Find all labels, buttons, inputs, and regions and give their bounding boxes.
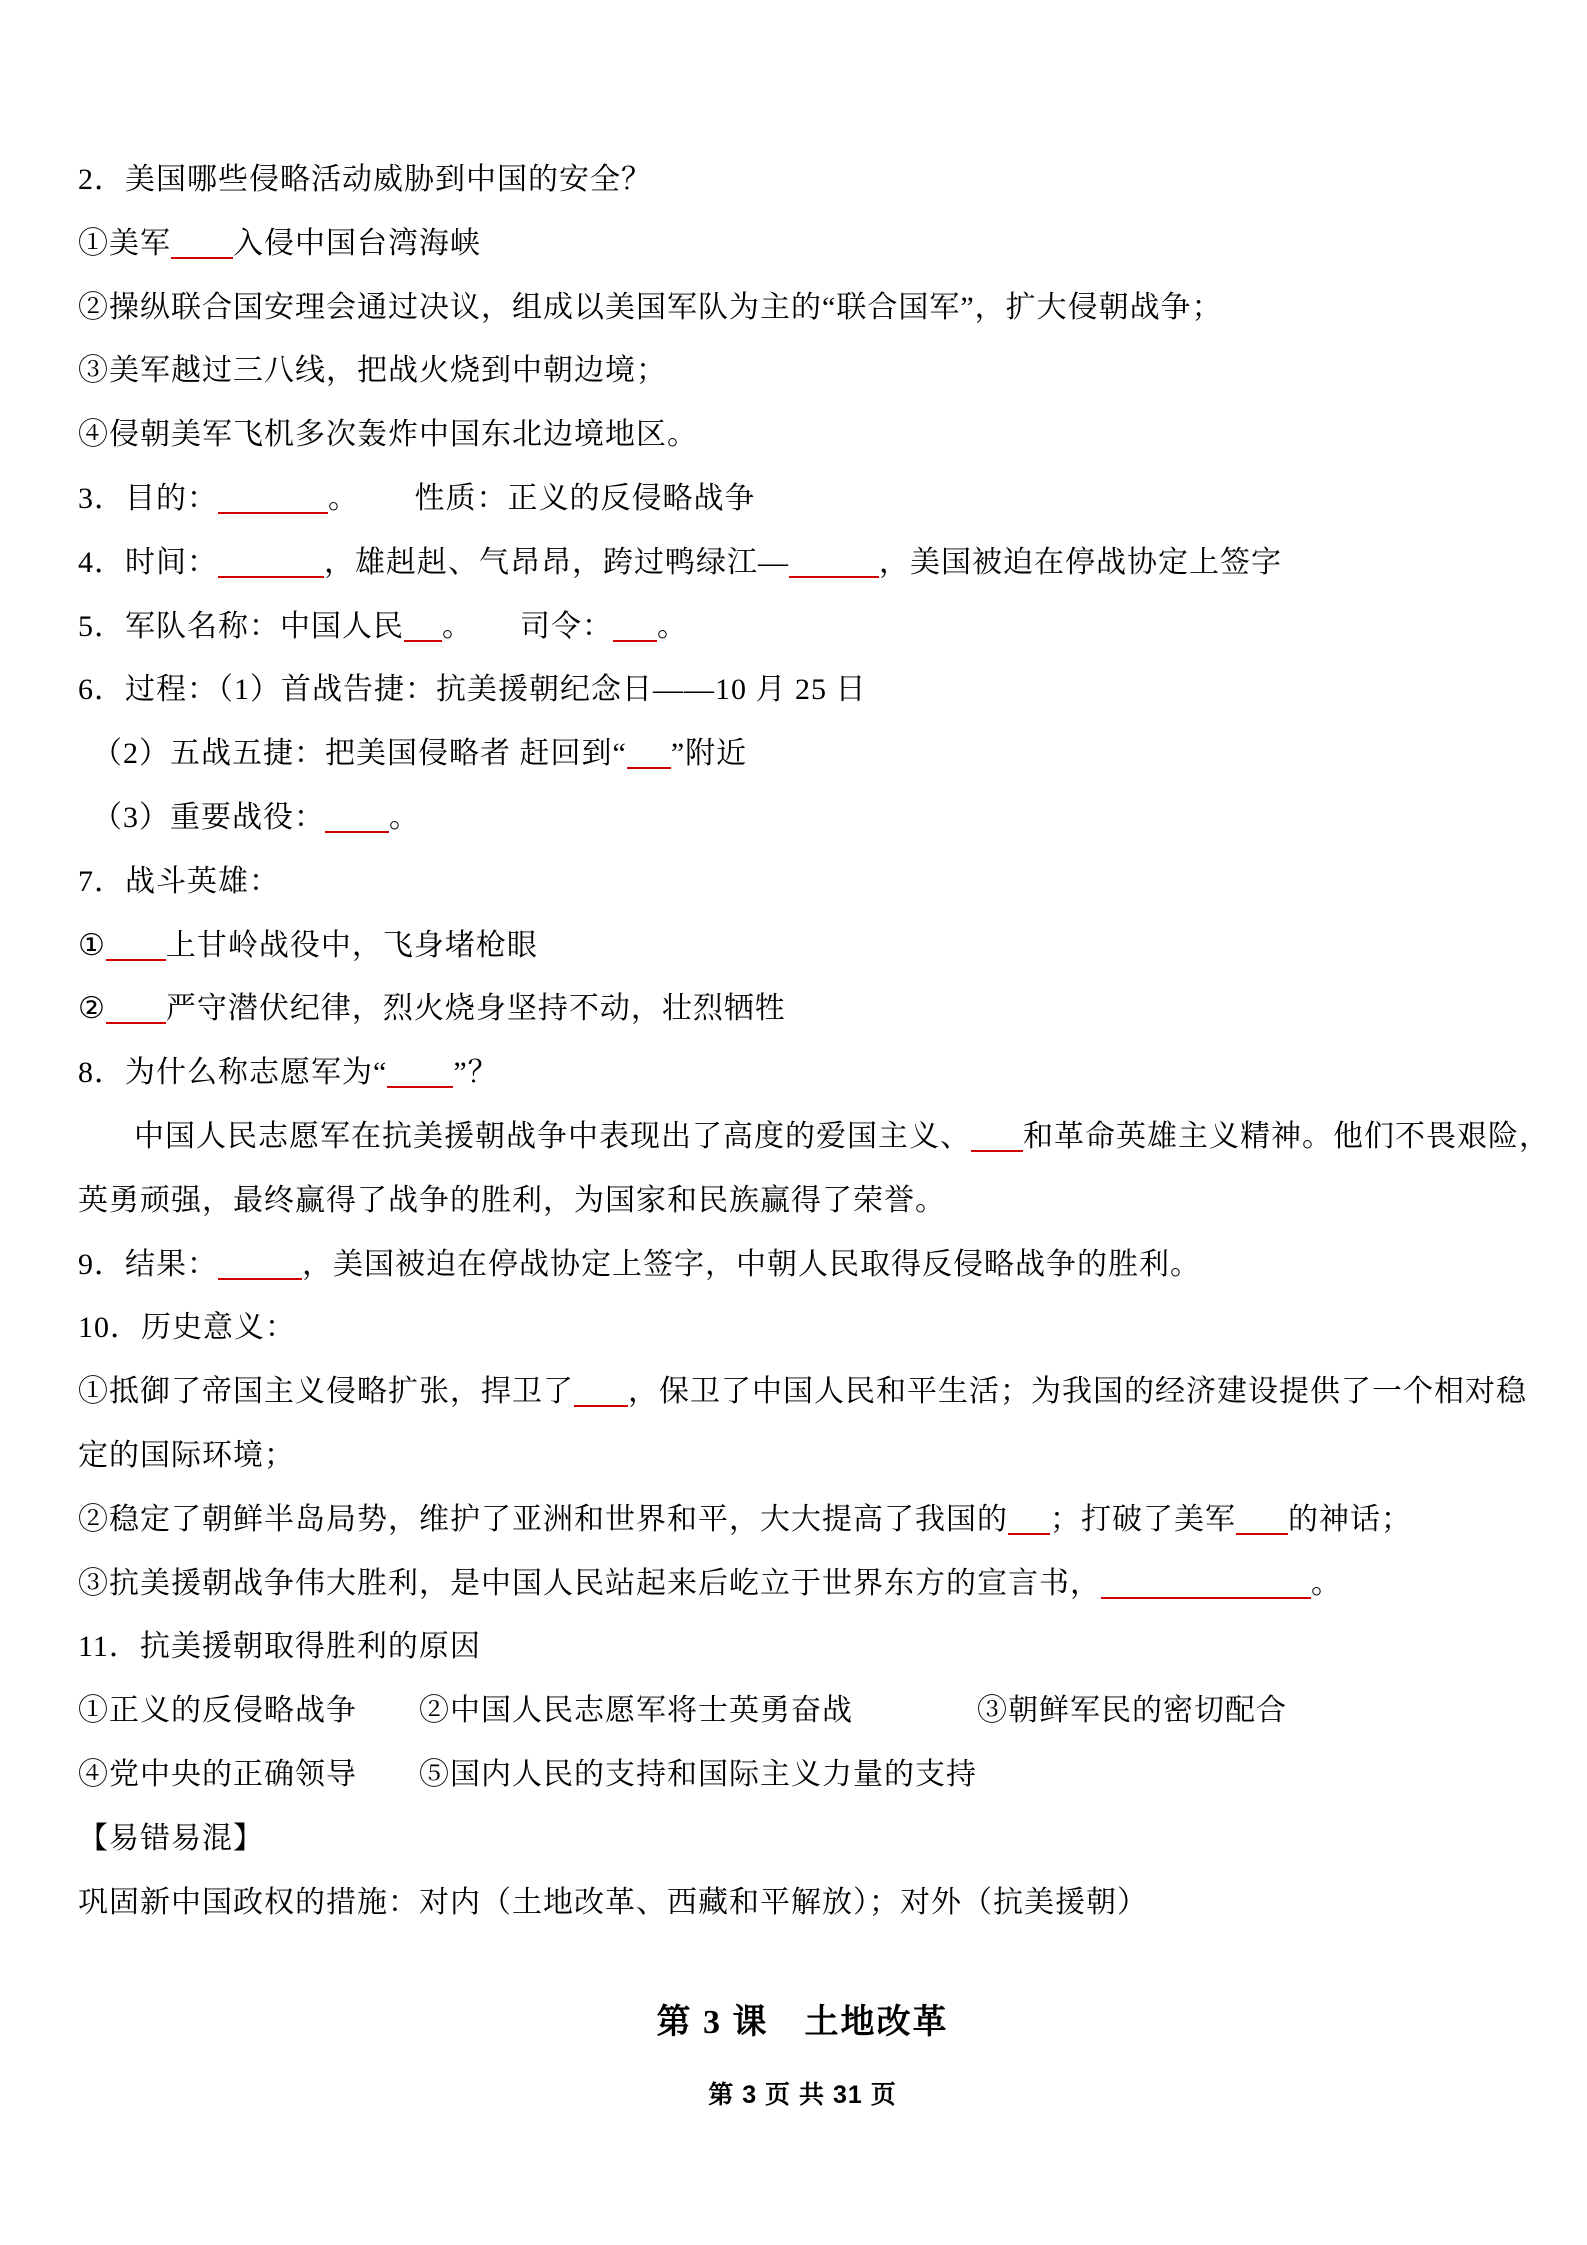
text-segment: 。 <box>389 801 420 834</box>
q2-item-1: ①美军入侵中国台湾海峡 <box>78 212 1527 276</box>
q4-time: 4．时间：，雄赳赳、气昂昂，跨过鸭绿江—，美国被迫在停战协定上签字 <box>78 531 1527 595</box>
answer-blank <box>218 573 324 578</box>
text-segment: ，雄赳赳、气昂昂，跨过鸭绿江— <box>324 546 789 579</box>
text-segment: ，美国被迫在停战协定上签字 <box>879 546 1282 579</box>
answer-blank <box>106 1019 166 1024</box>
text-segment: ②操纵联合国安理会通过决议，组成以美国军队为主的“联合国军”，扩大侵朝战争； <box>78 291 1223 324</box>
text-segment: 2．美国哪些侵略活动威胁到中国的安全？ <box>78 163 652 196</box>
q11-reasons-row-2: ④党中央的正确领导 ⑤国内人民的支持和国际主义力量的支持 <box>78 1743 1527 1807</box>
text-segment: 7．战斗英雄： <box>78 865 280 898</box>
answer-blank <box>1236 1530 1288 1535</box>
document-body: 2．美国哪些侵略活动威胁到中国的安全？①美军入侵中国台湾海峡②操纵联合国安理会通… <box>78 148 1527 2120</box>
answer-blank <box>574 1402 628 1407</box>
lines-container: 2．美国哪些侵略活动威胁到中国的安全？①美军入侵中国台湾海峡②操纵联合国安理会通… <box>78 148 1527 1934</box>
q9-result: 9．结果：，美国被迫在停战协定上签字，中朝人民取得反侵略战争的胜利。 <box>78 1233 1527 1297</box>
answer-blank <box>1101 1594 1311 1599</box>
answer-blank <box>106 956 166 961</box>
text-segment: 。 <box>657 610 688 643</box>
q5-army-name: 5．军队名称：中国人民。 司令：。 <box>78 595 1527 659</box>
q2-question: 2．美国哪些侵略活动威胁到中国的安全？ <box>78 148 1527 212</box>
q10-significance: 10．历史意义： <box>78 1296 1527 1360</box>
text-segment: 严守潜伏纪律，烈火烧身坚持不动，壮烈牺牲 <box>166 992 786 1025</box>
text-segment: 11．抗美援朝取得胜利的原因 <box>78 1630 481 1663</box>
answer-blank <box>613 637 657 642</box>
q8-answer-line-2: 英勇顽强，最终赢得了战争的胜利，为国家和民族赢得了荣誉。 <box>78 1169 1527 1233</box>
text-segment: 定的国际环境； <box>78 1439 295 1472</box>
text-segment: 4．时间： <box>78 546 218 579</box>
text-segment: ④党中央的正确领导 ⑤国内人民的支持和国际主义力量的支持 <box>78 1758 977 1791</box>
text-segment: 入侵中国台湾海峡 <box>233 227 481 260</box>
answer-blank <box>171 254 233 259</box>
text-segment: ，保卫了中国人民和平生活；为我国的经济建设提供了一个相对稳 <box>628 1375 1527 1408</box>
q8-question: 8．为什么称志愿军为“”？ <box>78 1041 1527 1105</box>
text-segment: 中国人民志愿军在抗美援朝战争中表现出了高度的爱国主义、 <box>134 1120 971 1153</box>
q7-hero-2: ②严守潜伏纪律，烈火烧身坚持不动，壮烈牺牲 <box>78 977 1527 1041</box>
text-segment: 【易错易混】 <box>78 1822 264 1855</box>
text-segment: 6．过程：（1）首战告捷：抗美援朝纪念日——10 月 25 日 <box>78 673 867 706</box>
q6-process-1: 6．过程：（1）首战告捷：抗美援朝纪念日——10 月 25 日 <box>78 658 1527 722</box>
text-segment: ，美国被迫在停战协定上签字，中朝人民取得反侵略战争的胜利。 <box>302 1248 1201 1281</box>
answer-blank <box>971 1147 1023 1152</box>
page-number-footer: 第 3 页 共 31 页 <box>78 2070 1527 2120</box>
q6-process-3: （3）重要战役：。 <box>78 786 1527 850</box>
q2-item-2: ②操纵联合国安理会通过决议，组成以美国军队为主的“联合国军”，扩大侵朝战争； <box>78 276 1527 340</box>
text-segment: ④侵朝美军飞机多次轰炸中国东北边境地区。 <box>78 418 698 451</box>
text-segment: ② <box>78 992 106 1025</box>
q7-hero-1: ①上甘岭战役中，飞身堵枪眼 <box>78 914 1527 978</box>
q7-heroes: 7．战斗英雄： <box>78 850 1527 914</box>
text-segment: 8．为什么称志愿军为“ <box>78 1056 387 1089</box>
text-segment: ①美军 <box>78 227 171 260</box>
q3-purpose: 3．目的：。 性质：正义的反侵略战争 <box>78 467 1527 531</box>
answer-blank <box>789 573 879 578</box>
q11-reasons-row-1: ①正义的反侵略战争 ②中国人民志愿军将士英勇奋战 ③朝鲜军民的密切配合 <box>78 1679 1527 1743</box>
section-heading: 第 3 课 土地改革 <box>78 1934 1527 2056</box>
text-segment: 。 司令： <box>442 610 613 643</box>
text-segment: ”？ <box>453 1056 498 1089</box>
error-prone-content: 巩固新中国政权的措施：对内（土地改革、西藏和平解放）；对外（抗美援朝） <box>78 1871 1527 1935</box>
text-segment: 10．历史意义： <box>78 1311 296 1344</box>
answer-blank <box>387 1083 453 1088</box>
text-segment: ”附近 <box>671 737 747 770</box>
answer-blank <box>325 828 389 833</box>
q11-reasons: 11．抗美援朝取得胜利的原因 <box>78 1615 1527 1679</box>
text-segment: 巩固新中国政权的措施：对内（土地改革、西藏和平解放）；对外（抗美援朝） <box>78 1886 1148 1919</box>
text-segment: 5．军队名称：中国人民 <box>78 610 404 643</box>
text-segment: ①抵御了帝国主义侵略扩张，捍卫了 <box>78 1375 574 1408</box>
text-segment: 的神话； <box>1288 1503 1412 1536</box>
text-segment: 9．结果： <box>78 1248 218 1281</box>
answer-blank <box>1008 1530 1050 1535</box>
q2-item-3: ③美军越过三八线，把战火烧到中朝边境； <box>78 339 1527 403</box>
answer-blank <box>218 1275 302 1280</box>
text-segment: 。 <box>1311 1567 1342 1600</box>
text-segment: 英勇顽强，最终赢得了战争的胜利，为国家和民族赢得了荣誉。 <box>78 1184 946 1217</box>
q8-answer-line-1: 中国人民志愿军在抗美援朝战争中表现出了高度的爱国主义、和革命英雄主义精神。他们不… <box>78 1105 1527 1169</box>
q2-item-4: ④侵朝美军飞机多次轰炸中国东北边境地区。 <box>78 403 1527 467</box>
answer-blank <box>218 509 328 514</box>
text-segment: ③抗美援朝战争伟大胜利，是中国人民站起来后屹立于世界东方的宣言书， <box>78 1567 1101 1600</box>
text-segment: 。 性质：正义的反侵略战争 <box>328 482 756 515</box>
error-prone-label: 【易错易混】 <box>78 1807 1527 1871</box>
answer-blank <box>404 637 442 642</box>
text-segment: （2）五战五捷：把美国侵略者 赶回到“ <box>92 737 627 770</box>
q10-item-3: ③抗美援朝战争伟大胜利，是中国人民站起来后屹立于世界东方的宣言书，。 <box>78 1552 1527 1616</box>
q10-item-1a: ①抵御了帝国主义侵略扩张，捍卫了，保卫了中国人民和平生活；为我国的经济建设提供了… <box>78 1360 1527 1424</box>
text-segment: 和革命英雄主义精神。他们不畏艰险， <box>1023 1120 1550 1153</box>
q10-item-2: ②稳定了朝鲜半岛局势，维护了亚洲和世界和平，大大提高了我国的；打破了美军的神话； <box>78 1488 1527 1552</box>
answer-blank <box>627 764 671 769</box>
text-segment: ②稳定了朝鲜半岛局势，维护了亚洲和世界和平，大大提高了我国的 <box>78 1503 1008 1536</box>
text-segment: 3．目的： <box>78 482 218 515</box>
text-segment: ①正义的反侵略战争 ②中国人民志愿军将士英勇奋战 ③朝鲜军民的密切配合 <box>78 1694 1287 1727</box>
text-segment: ③美军越过三八线，把战火烧到中朝边境； <box>78 354 667 387</box>
text-segment: ① <box>78 929 106 962</box>
q10-item-1b: 定的国际环境； <box>78 1424 1527 1488</box>
text-segment: （3）重要战役： <box>92 801 325 834</box>
q6-process-2: （2）五战五捷：把美国侵略者 赶回到“”附近 <box>78 722 1527 786</box>
text-segment: 上甘岭战役中，飞身堵枪眼 <box>166 929 538 962</box>
document-page: 2．美国哪些侵略活动威胁到中国的安全？①美军入侵中国台湾海峡②操纵联合国安理会通… <box>0 0 1587 2245</box>
text-segment: ；打破了美军 <box>1050 1503 1236 1536</box>
